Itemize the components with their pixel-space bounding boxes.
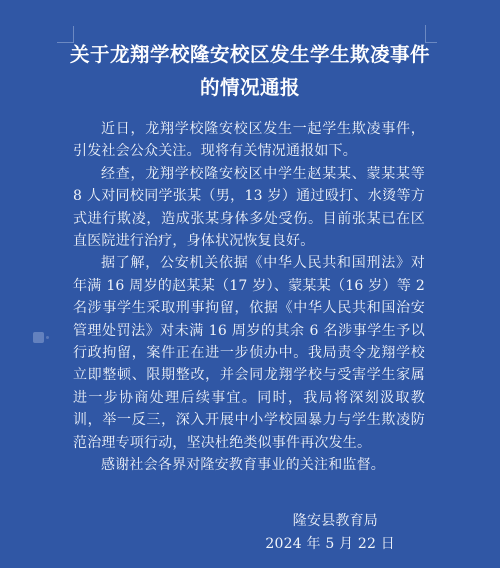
notice-page: 关于龙翔学校隆安校区发生学生欺凌事件 的情况通报 近日，龙翔学校隆安校区发生一起… [0, 0, 500, 568]
notice-title-line-2: 的情况通报 [0, 71, 500, 104]
issuer-name: 隆安县教育局 [73, 511, 425, 531]
margin-annotation-dot-icon [46, 336, 49, 339]
notice-paragraph-thanks: 感谢社会各界对隆安教育事业的关注和监督。 [73, 454, 425, 476]
notice-paragraph-measures: 据了解，公安机关依据《中华人民共和国刑法》对年满 16 周岁的赵某某（17 岁）… [73, 252, 425, 454]
notice-body: 近日，龙翔学校隆安校区发生一起学生欺凌事件，引发社会公众关注。现将有关情况通报如… [73, 118, 425, 554]
notice-paragraph-findings: 经查，龙翔学校隆安校区中学生赵某某、蒙某某等 8 人对同校同学张某（男，13 岁… [73, 163, 425, 253]
signature-block: 隆安县教育局 2024 年 5 月 22 日 [73, 511, 425, 554]
notice-title: 关于龙翔学校隆安校区发生学生欺凌事件 的情况通报 [0, 0, 500, 104]
margin-annotation-icon [33, 332, 44, 343]
text-boundary-corner-top-right-icon [425, 25, 437, 43]
issue-date: 2024 年 5 月 22 日 [73, 534, 425, 554]
notice-paragraph-intro: 近日，龙翔学校隆安校区发生一起学生欺凌事件，引发社会公众关注。现将有关情况通报如… [73, 118, 425, 163]
text-boundary-corner-top-left-icon [57, 26, 74, 43]
